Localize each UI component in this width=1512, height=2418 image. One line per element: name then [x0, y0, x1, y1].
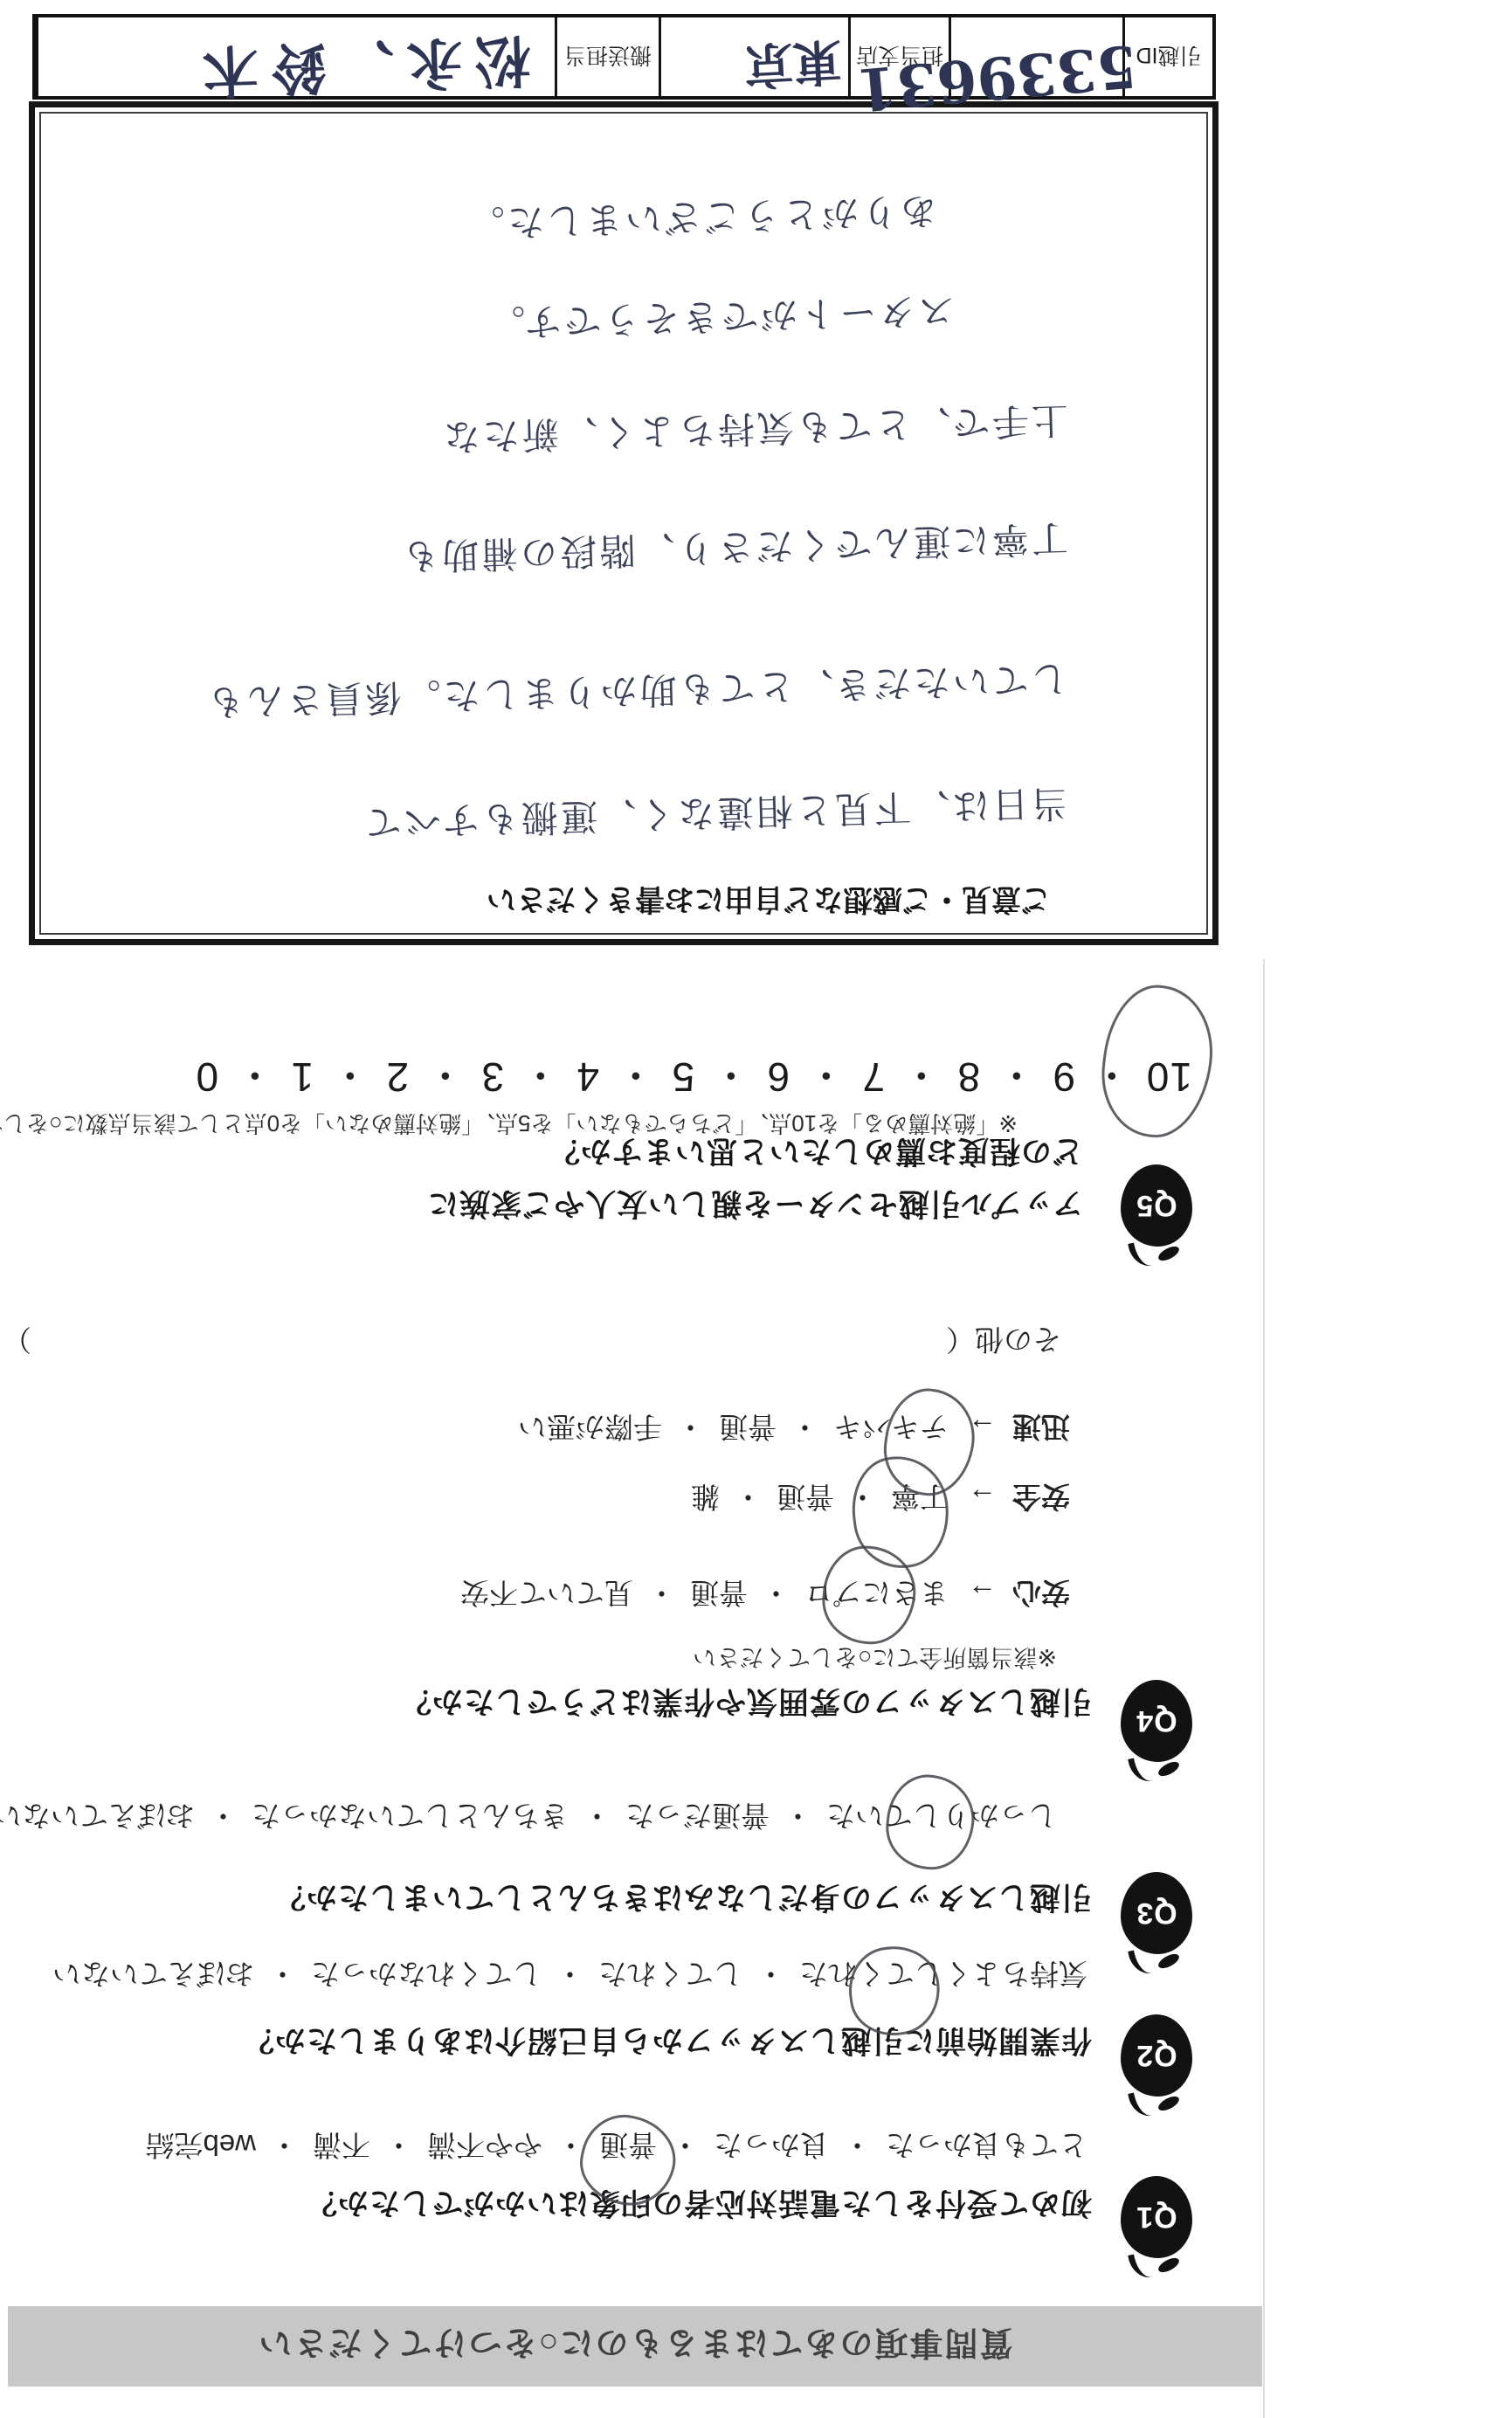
section-header-bar: 質問事項のあてはまるものに○をつけてください — [8, 2306, 1262, 2387]
option-separator: ・ — [791, 1411, 819, 1443]
apple-stem-icon — [1128, 2251, 1155, 2282]
comment-box-label: ご意見・ご感想など自由にお書きください — [487, 881, 1051, 923]
q5-nps-scale: 10・9・8・7・6・5・4・3・2・1・0 — [194, 1048, 1192, 1106]
option-separator: ・ — [329, 1048, 370, 1106]
option-item: 気持ちよくしてくれた — [799, 1955, 1087, 1996]
q4-row-anzen-label: 安全 — [1012, 1478, 1070, 1519]
q4-title: 引越しスタッフの雰囲気や作業はどうでしたか？ — [400, 1682, 1092, 1725]
option-item: とても良かった — [886, 2126, 1087, 2167]
apple-leaf-icon — [1156, 2094, 1182, 2114]
q4-row-anshin: 安心 → まさにプロ・普通・見ていて不安 — [460, 1574, 1070, 1615]
arrow-icon: → — [968, 1579, 997, 1612]
option-item: 1 — [289, 1054, 315, 1101]
option-item: web完結 — [145, 2126, 256, 2167]
apple-leaf-icon — [1156, 2256, 1182, 2276]
option-separator: ・ — [996, 1048, 1037, 1106]
branch-handwritten: 東京 — [742, 29, 844, 104]
option-separator: ・ — [583, 1797, 611, 1838]
option-item: 7 — [860, 1054, 887, 1101]
option-item: 普通 — [777, 1481, 834, 1513]
q1-label: Q1 — [1136, 2200, 1177, 2235]
option-item: 見ていて不安 — [460, 1577, 633, 1609]
option-separator: ・ — [647, 1577, 676, 1609]
option-separator: ・ — [901, 1048, 942, 1106]
apple-stem-icon — [1128, 2090, 1155, 2120]
option-separator: ・ — [710, 1048, 751, 1106]
option-item: 良かった — [714, 2126, 829, 2167]
option-item: 普通 — [719, 1411, 777, 1443]
option-separator: ・ — [270, 2126, 299, 2167]
option-separator: ・ — [615, 1048, 656, 1106]
option-item: 8 — [956, 1054, 982, 1101]
option-separator: ・ — [784, 1797, 812, 1838]
q3-label: Q3 — [1136, 1896, 1177, 1931]
q4-row-jinsoku-label: 迅速 — [1012, 1408, 1070, 1449]
q4-other-label: その他（ — [946, 1321, 1061, 1362]
apple-stem-icon — [1128, 1755, 1155, 1786]
option-item: 0 — [194, 1054, 220, 1101]
q5-label: Q5 — [1136, 1189, 1177, 1223]
q4-row-anshin-label: 安心 — [1012, 1574, 1070, 1615]
q3-title: 引越しスタッフの身だしなみはきちんとしていましたか？ — [274, 1877, 1092, 1921]
option-separator: ・ — [384, 2126, 413, 2167]
option-item: 2 — [384, 1054, 411, 1101]
option-separator: ・ — [425, 1048, 466, 1106]
q2-label: Q2 — [1136, 2039, 1177, 2073]
option-item: 不満 — [313, 2126, 370, 2167]
q3-bubble: Q3 — [1121, 1872, 1192, 1954]
option-separator: ・ — [234, 1048, 275, 1106]
option-item: 雑 — [691, 1481, 720, 1513]
option-item: やや不満 — [427, 2126, 542, 2167]
option-separator: ・ — [520, 1048, 561, 1106]
option-separator: ・ — [805, 1048, 846, 1106]
option-item: きちんとしていなかった — [252, 1797, 569, 1838]
q4-row-jinsoku: 迅速 → テキパキ・普通・手際が悪い — [518, 1408, 1070, 1449]
option-item: 3 — [480, 1054, 506, 1101]
option-item: 6 — [765, 1054, 791, 1101]
option-item: 普通 — [690, 1577, 748, 1609]
scanned-survey-page: 質問事項のあてはまるものに○をつけてください Q1 初めて受付をした電話対応者の… — [0, 0, 1512, 2418]
option-item: 手際が悪い — [518, 1411, 662, 1443]
option-separator: ・ — [268, 1955, 297, 1996]
upside-down-document: 質問事項のあてはまるものに○をつけてください Q1 初めて受付をした電話対応者の… — [0, 0, 1512, 2418]
q4-note: ※該当箇所全てに○をしてください — [693, 1642, 1057, 1676]
arrow-icon: → — [968, 1482, 997, 1516]
option-separator: ・ — [756, 1955, 785, 1996]
footer-id-table: 引越ID 担当支店 搬送担当 5339631 東京 松永、鈴木 — [32, 14, 1216, 100]
apple-leaf-icon — [1156, 1759, 1182, 1779]
q2-title: 作業開始前に引越しスタッフから自己紹介はありましたか？ — [243, 2021, 1092, 2064]
option-item: 4 — [575, 1054, 601, 1101]
q5-note: ※「絶対薦める」を10点、「どちらでもない」を5点、「絶対薦めない」を0点として… — [0, 1109, 1018, 1141]
q5-title-line1: アップル引越センターを親しい友人やご家族に — [427, 1184, 1083, 1227]
q4-bubble: Q4 — [1121, 1680, 1192, 1762]
option-separator: ・ — [209, 1797, 238, 1838]
option-item: おぼえていない — [52, 1955, 254, 1996]
option-separator: ・ — [734, 1481, 763, 1513]
q5-answer-circle — [1094, 979, 1220, 1143]
option-item: 9 — [1051, 1054, 1077, 1101]
option-separator: ・ — [843, 2126, 872, 2167]
option-separator: ・ — [762, 1577, 791, 1609]
crew-handwritten: 松永、鈴木 — [190, 24, 533, 116]
section-header-text: 質問事項のあてはまるものに○をつけてください — [258, 2323, 1013, 2371]
q3-answer-circle — [882, 1771, 979, 1874]
option-item: してくれなかった — [311, 1955, 542, 1996]
apple-stem-icon — [1128, 1947, 1155, 1978]
option-separator: ・ — [676, 1411, 705, 1443]
q1-bubble: Q1 — [1121, 2176, 1192, 2258]
option-item: 5 — [670, 1054, 696, 1101]
option-item: 普通だった — [625, 1797, 770, 1838]
apple-leaf-icon — [1156, 1952, 1182, 1972]
option-separator: ・ — [556, 1955, 584, 1996]
comment-box: ご意見・ご感想など自由にお書きください 当日は、下見と相違なく、運搬もすべて し… — [29, 101, 1219, 945]
q1-title: 初めて受付をした電話対応者の印象はいかがでしたか？ — [306, 2183, 1092, 2227]
q4-other-close-paren: ） — [3, 1321, 31, 1362]
scan-fold-line — [1263, 959, 1265, 2418]
option-item: おぼえていない — [0, 1797, 195, 1838]
apple-leaf-icon — [1156, 1244, 1182, 1264]
q2-bubble: Q2 — [1121, 2014, 1192, 2097]
crew-label: 搬送担当 — [555, 17, 659, 96]
q4-label: Q4 — [1136, 1704, 1177, 1738]
q5-bubble: Q5 — [1121, 1164, 1192, 1247]
option-item: してくれた — [598, 1955, 742, 1996]
apple-stem-icon — [1128, 1240, 1155, 1270]
